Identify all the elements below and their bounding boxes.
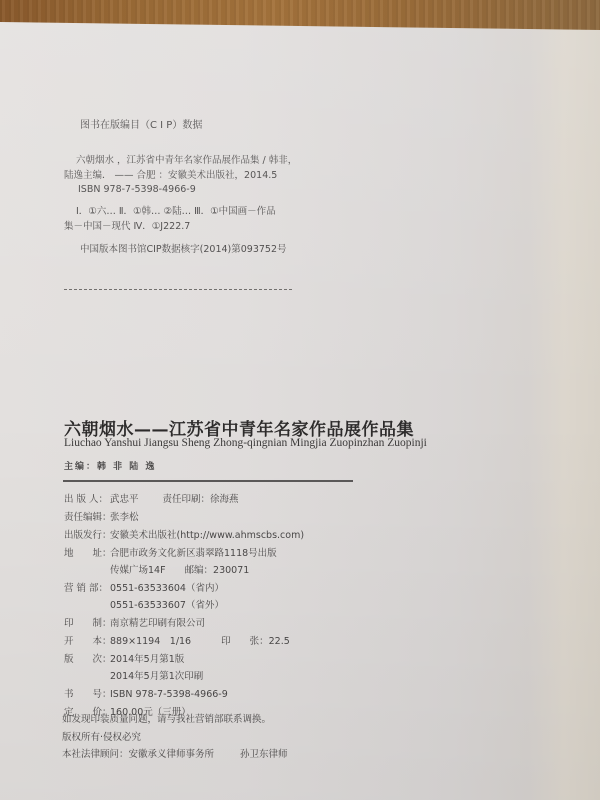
format-row: 开 本：889×1194 1/16印 张：22.5 <box>64 636 290 648</box>
chief-editors: 主编：韩 非 陆 逸 <box>64 461 156 473</box>
price-row: 定 价：160.00元（三册） <box>64 707 191 719</box>
edition-row: 版 次：2014年5月第1版 <box>64 654 184 666</box>
value: 南京精艺印刷有限公司 <box>110 618 205 630</box>
value: 889×1194 1/16 <box>110 636 191 648</box>
value: 张李松 <box>110 512 139 524</box>
value: 160.00元（三册） <box>110 707 191 719</box>
label: 版 次： <box>64 654 110 666</box>
label: 地 址： <box>64 548 110 560</box>
print-editor-label: 责任印刷： <box>163 494 211 505</box>
label: 营 销 部： <box>64 583 110 595</box>
cip-heading: 图书在版编目（C I P）数据 <box>80 120 202 132</box>
value: 2014年5月第1版 <box>110 654 184 666</box>
cip-line-classification-cont: 集－中国－现代 Ⅳ．①J222.7 <box>64 221 190 233</box>
cip-isbn-line: ISBN 978-7-5398-4966-9 <box>78 184 196 196</box>
legal-counsel-firm: 本社法律顾问：安徽承义律师事务所 <box>62 749 214 760</box>
label: 书 号： <box>64 689 110 701</box>
label: 开 本： <box>64 636 110 648</box>
label: 定 价： <box>64 707 110 719</box>
sales-row: 营 销 部：0551-63533604（省内） <box>64 583 224 595</box>
value: 0551-63533607（省外） <box>110 600 224 612</box>
value: 合肥市政务文化新区翡翠路1118号出版 <box>110 548 277 560</box>
responsible-editor-row: 责任编辑：张李松 <box>64 512 139 524</box>
address-row-cont: 传媒广场14F 邮编：230071 <box>64 565 249 577</box>
dashed-divider <box>64 289 292 290</box>
cip-data-number: 中国版本图书馆CIP数据核字(2014)第093752号 <box>80 244 287 256</box>
printer-row: 印 制：南京精艺印刷有限公司 <box>64 618 205 630</box>
value: 0551-63533604（省内） <box>110 583 224 595</box>
value: 传媒广场14F 邮编：230071 <box>110 565 249 577</box>
address-row: 地 址：合肥市政务文化新区翡翠路1118号出版 <box>64 548 277 560</box>
label: 出 版 人： <box>64 494 110 506</box>
label: 责任编辑： <box>64 512 110 524</box>
cip-line-classification: Ⅰ．①六… Ⅱ．①韩… ②陆… Ⅲ．①中国画－作品 <box>76 206 276 218</box>
value: ISBN 978-7-5398-4966-9 <box>110 689 228 701</box>
isbn-row: 书 号：ISBN 978-7-5398-4966-9 <box>64 689 228 701</box>
book-title-pinyin: Liuchao Yanshui Jiangsu Sheng Zhong-qing… <box>64 437 427 449</box>
sheets-value: 22.5 <box>269 636 290 647</box>
solid-divider <box>63 480 353 482</box>
value: 安徽美术出版社(http://www.ahmscbs.com) <box>110 530 304 542</box>
lawyer-name: 孙卫东律师 <box>240 749 288 760</box>
publisher-person-row: 出 版 人：武忠平责任印刷：徐海燕 <box>64 494 239 506</box>
value: 武忠平 <box>110 494 139 506</box>
printing-row: 2014年5月第1次印刷 <box>64 671 203 683</box>
distributor-row: 出版发行：安徽美术出版社(http://www.ahmscbs.com) <box>64 530 304 542</box>
sales-row-cont: 0551-63533607（省外） <box>64 600 224 612</box>
label: 出版发行： <box>64 530 110 542</box>
book-copyright-page: 图书在版编目（C I P）数据 六朝烟水 ，江苏省中青年名家作品展作品集 / 韩… <box>0 22 600 800</box>
legal-counsel: 本社法律顾问：安徽承义律师事务所孙卫东律师 <box>62 749 288 761</box>
book-title-chinese: 六朝烟水——江苏省中青年名家作品展作品集 <box>64 415 414 440</box>
print-editor-value: 徐海燕 <box>210 494 239 505</box>
sheets-label: 印 张： <box>221 636 269 647</box>
copyright-notice: 版权所有·侵权必究 <box>62 732 141 744</box>
value: 2014年5月第1次印刷 <box>110 671 203 683</box>
cip-line-1: 六朝烟水 ，江苏省中青年名家作品展作品集 / 韩非， <box>76 155 297 167</box>
quality-notice: 如发现印装质量问题，请与我社营销部联系调换。 <box>62 714 271 726</box>
label: 印 制： <box>64 618 110 630</box>
cip-line-2: 陆逸主编． —— 合肥 ：安徽美术出版社，2014.5 <box>64 170 277 182</box>
